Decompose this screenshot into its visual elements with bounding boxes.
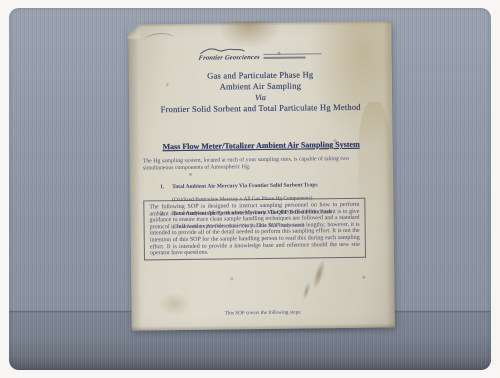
section-heading: Mass Flow Meter/Totalizer Ambient Air Sa… [130, 139, 393, 151]
title-line-4: Frontier Solid Sorbent and Total Particu… [129, 101, 392, 115]
list-item-number: 1. [160, 184, 172, 190]
intro-paragraph: The Hg sampling system, located at each … [143, 156, 369, 173]
photo-scene: Frontier Geosciences Gas and Particulate… [9, 8, 491, 370]
logo-mark: Frontier Geosciences [199, 46, 260, 62]
folded-corner [127, 23, 140, 38]
logo-text: Frontier Geosciences [199, 55, 261, 62]
photo-frame: Frontier Geosciences Gas and Particulate… [0, 0, 500, 378]
boxed-summary-paragraph: The following SOP is designed to instruc… [143, 198, 366, 261]
logo-address-line [263, 57, 305, 59]
logo-address-lines [263, 53, 321, 58]
document-title: Gas and Particulate Phase Hg Ambient Air… [129, 68, 393, 115]
pencil-mark [144, 32, 174, 40]
frontier-geosciences-logo: Frontier Geosciences [128, 44, 391, 69]
stain-speckles [128, 25, 129, 26]
list-item: 1.Total Ambient Air Mercury Via Frontier… [160, 182, 380, 191]
list-item-title: Total Ambient Air Mercury Via Frontier S… [172, 182, 318, 190]
logo-address-line [263, 53, 321, 55]
footer-text: This SOP covers the following steps: [132, 308, 395, 317]
sop-document-page: Frontier Geosciences Gas and Particulate… [128, 21, 395, 330]
